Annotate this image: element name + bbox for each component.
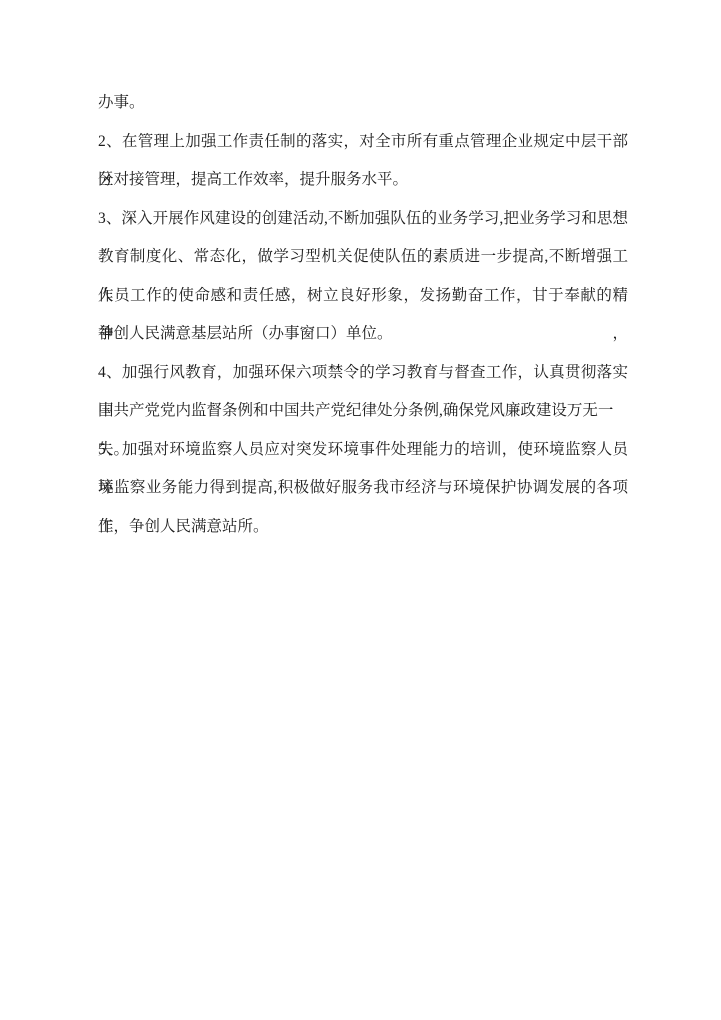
- text-line: 作，争创人民满意站所。: [98, 508, 628, 547]
- text-line: 5、加强对环境监察人员应对突发环境事件处理能力的培训，使环境监察人员环: [98, 431, 628, 470]
- text-line: 2、在管理上加强工作责任制的落实，对全市所有重点管理企业规定中层干部分: [98, 123, 628, 162]
- text-line: 教育制度化、常态化，做学习型机关促使队伍的素质进一步提高,不断增强工作: [98, 238, 628, 277]
- document-page: 办事。 2、在管理上加强工作责任制的落实，对全市所有重点管理企业规定中层干部分 …: [0, 0, 721, 1020]
- text-line: 国共产党党内监督条例和中国共产党纪律处分条例,确保党风廉政建设万无一失。: [98, 392, 628, 431]
- text-line: 4、加强行风教育，加强环保六项禁令的学习教育与督查工作，认真贯彻落实中: [98, 354, 628, 393]
- text-line: 境监察业务能力得到提高,积极做好服务我市经济与环境保护协调发展的各项工: [98, 469, 628, 508]
- text-line: 人员工作的使命感和责任感，树立良好形象，发扬勤奋工作，甘于奉献的精神，: [98, 277, 628, 316]
- text-line: 区对接管理，提高工作效率，提升服务水平。: [98, 161, 628, 200]
- document-text: 办事。 2、在管理上加强工作责任制的落实，对全市所有重点管理企业规定中层干部分 …: [98, 84, 628, 546]
- text-line: 3、深入开展作风建设的创建活动,不断加强队伍的业务学习,把业务学习和思想: [98, 200, 628, 239]
- text-line: 办事。: [98, 84, 628, 123]
